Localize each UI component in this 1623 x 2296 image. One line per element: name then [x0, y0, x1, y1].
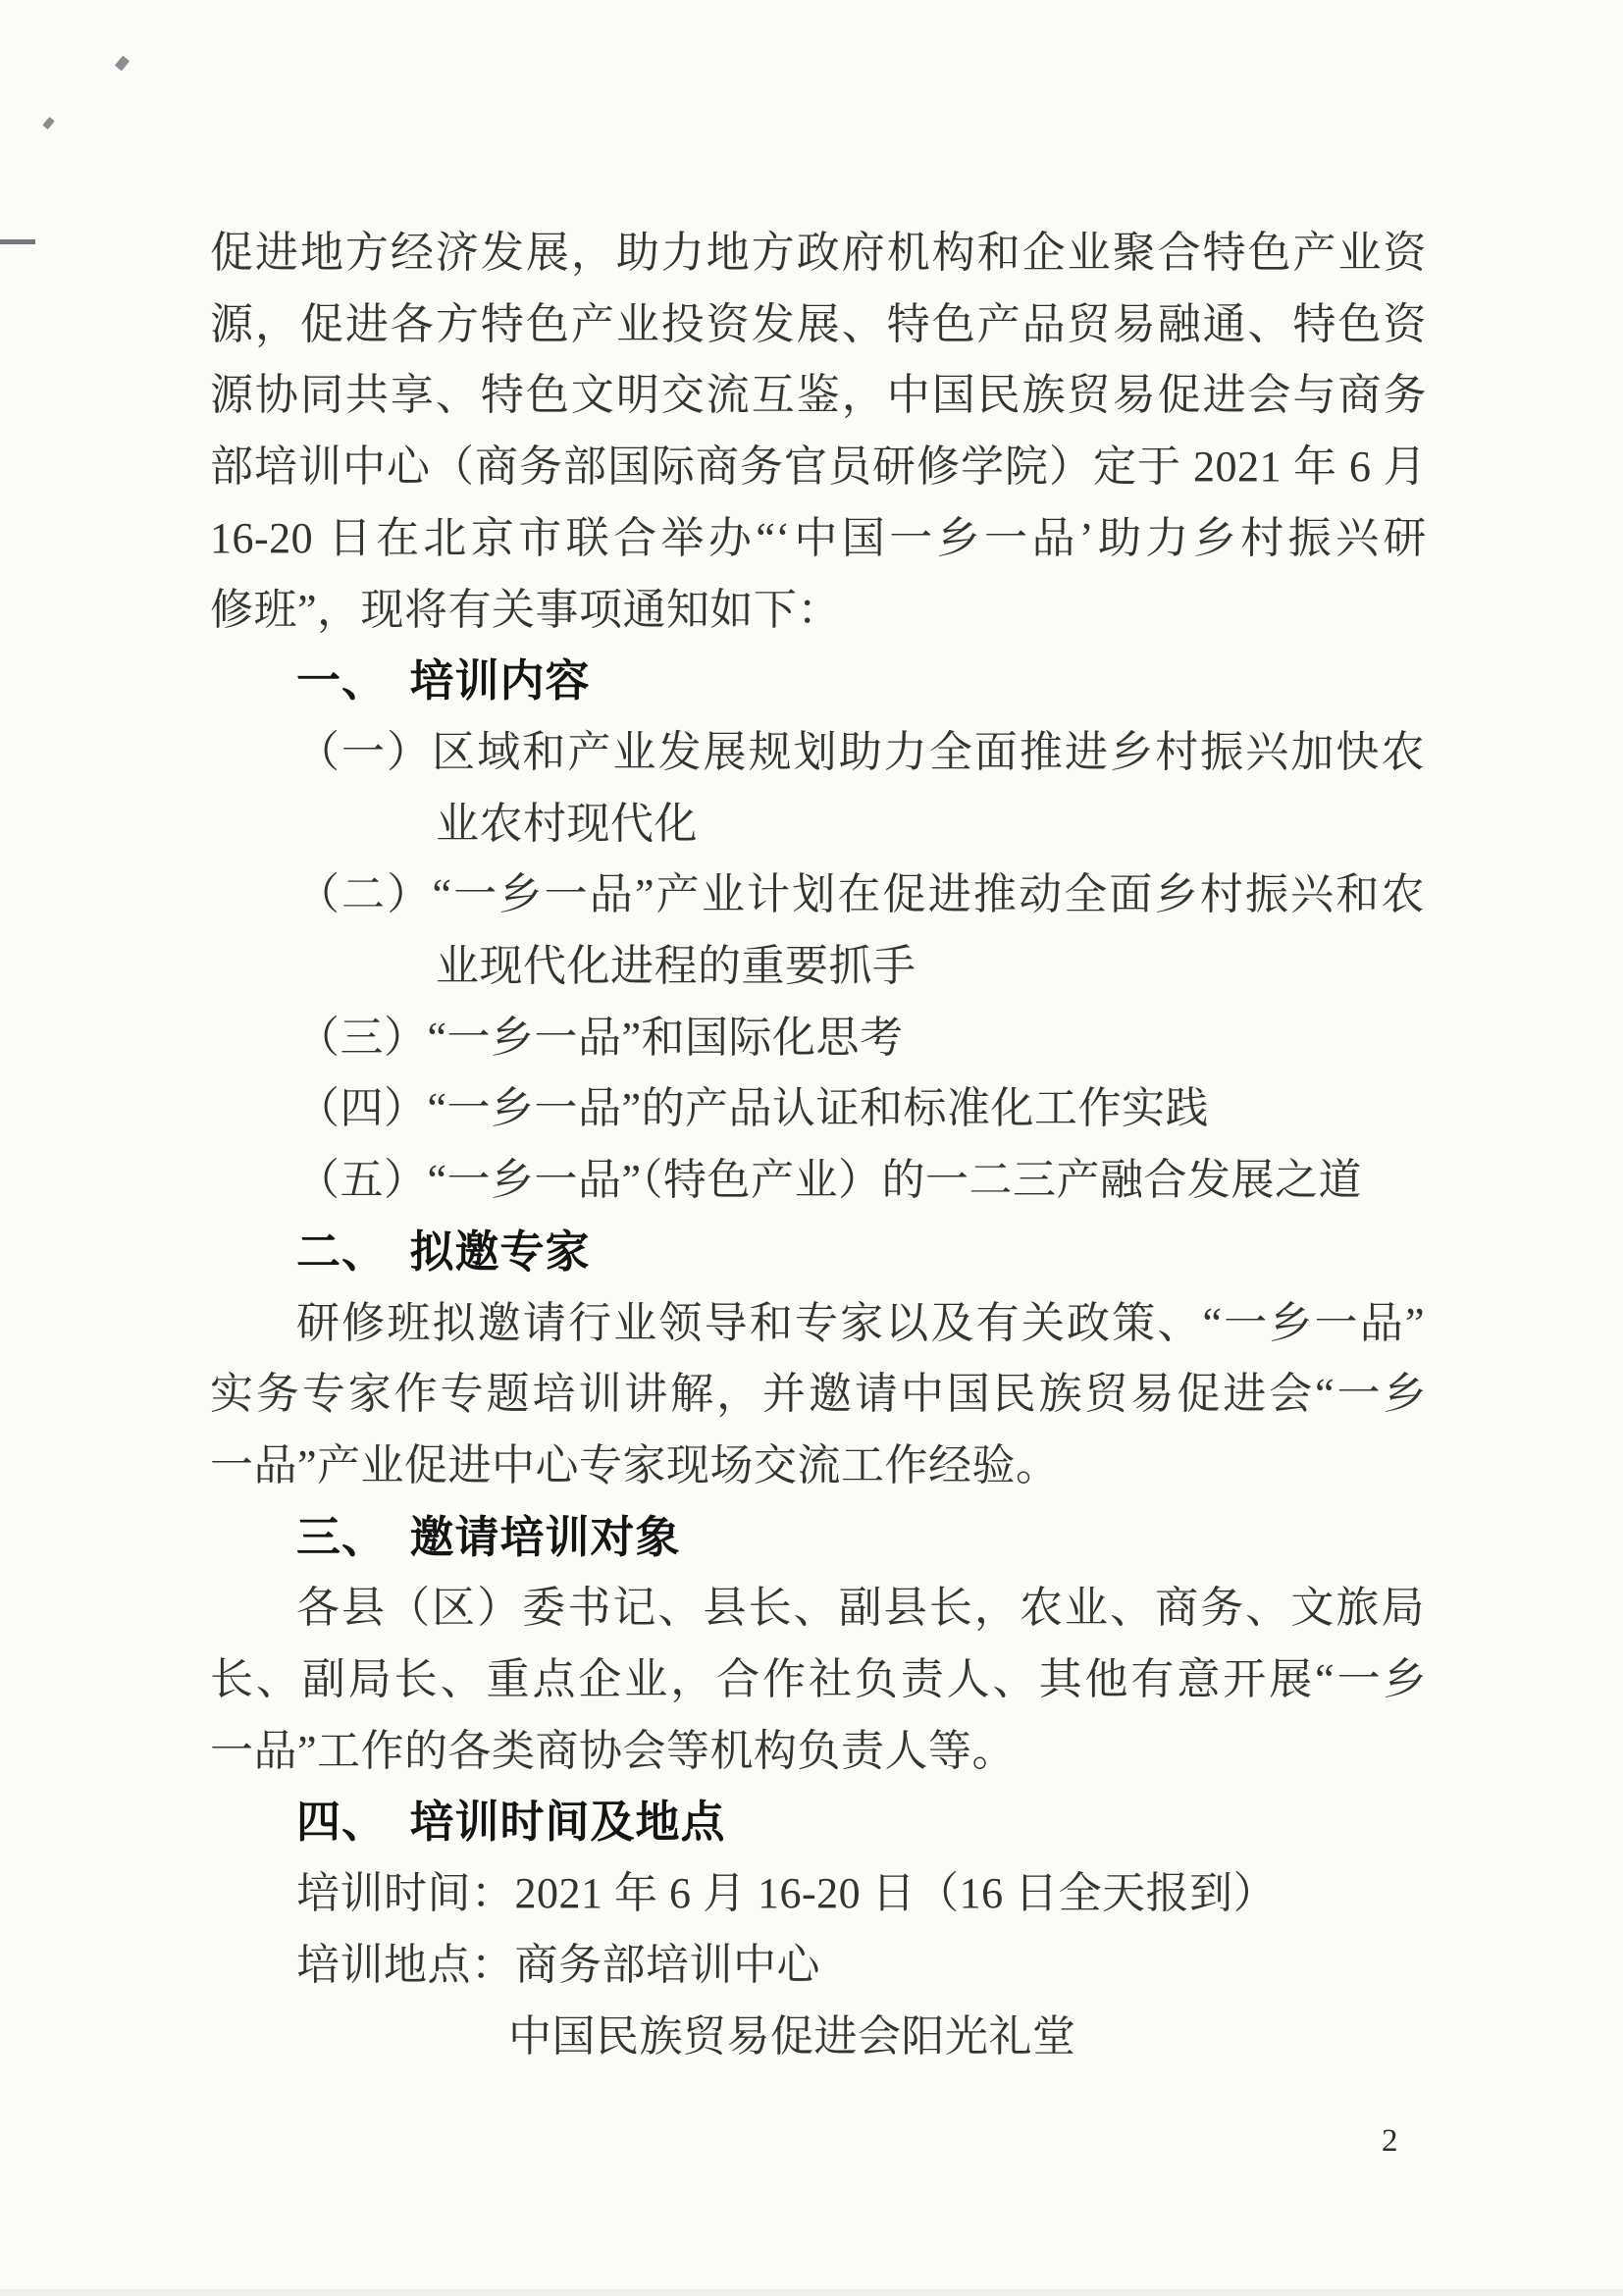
section-heading: 四、 培训时间及地点 [296, 1793, 726, 1852]
text-line: 各县（区）委书记、县长、副县长，农业、商务、文旅局 [296, 1579, 1425, 1638]
text-line: 修班”，现将有关事项通知如下： [210, 581, 841, 640]
text-line: 一品”工作的各类商协会等机构负责人等。 [210, 1722, 1016, 1781]
scanned-document-page: 促进地方经济发展，助力地方政府机构和企业聚合特色产业资 源，促进各方特色产业投资… [0, 0, 1623, 2296]
text-line: 16-20 日在北京市联合举办“‘中国一乡一品’助力乡村振兴研 [210, 509, 1427, 568]
list-item-continuation: 业现代化进程的重要抓手 [436, 937, 916, 996]
section-heading: 一、 培训内容 [296, 652, 591, 710]
scan-edge-shadow [0, 2289, 1623, 2296]
text-line: 部培训中心（商务部国际商务官员研修学院）定于 2021 年 6 月 [210, 438, 1427, 496]
text-line: 长、副局长、重点企业，合作社负责人、其他有意开展“一乡 [210, 1650, 1427, 1709]
list-item: （一）区域和产业发展规划助力全面推进乡村振兴加快农 [296, 723, 1425, 782]
text-line: 中国民族贸易促进会阳光礼堂 [508, 2008, 1076, 2066]
page-number: 2 [1382, 2121, 1398, 2161]
scan-speck [115, 56, 130, 72]
text-line: 培训时间：2021 年 6 月 16-20 日（16 日全天报到） [296, 1864, 1277, 1923]
text-line: 源，促进各方特色产业投资发展、特色产品贸易融通、特色资 [210, 295, 1427, 354]
list-item-continuation: 业农村现代化 [436, 795, 698, 854]
list-item: （三）“一乡一品”和国际化思考 [296, 1009, 904, 1068]
list-item: （四）“一乡一品”的产品认证和标准化工作实践 [296, 1079, 1209, 1138]
scan-speck [42, 117, 54, 130]
text-line: 促进地方经济发展，助力地方政府机构和企业聚合特色产业资 [210, 224, 1427, 283]
section-heading: 二、 拟邀专家 [296, 1223, 591, 1281]
text-line: 源协同共享、特色文明交流互鉴，中国民族贸易促进会与商务 [210, 366, 1427, 425]
list-item: （五）“一乡一品”（特色产业）的一二三产融合发展之道 [296, 1151, 1362, 1210]
list-item: （二）“一乡一品”产业计划在促进推动全面乡村振兴和农 [296, 865, 1425, 924]
text-line: 研修班拟邀请行业领导和专家以及有关政策、“一乡一品” [296, 1294, 1425, 1353]
text-line: 实务专家作专题培训讲解，并邀请中国民族贸易促进会“一乡 [210, 1365, 1427, 1424]
section-heading: 三、 邀请培训对象 [296, 1508, 681, 1567]
text-line: 一品”产业促进中心专家现场交流工作经验。 [210, 1436, 1060, 1495]
scan-artifact [0, 239, 35, 244]
text-line: 培训地点：商务部培训中心 [296, 1936, 820, 1995]
